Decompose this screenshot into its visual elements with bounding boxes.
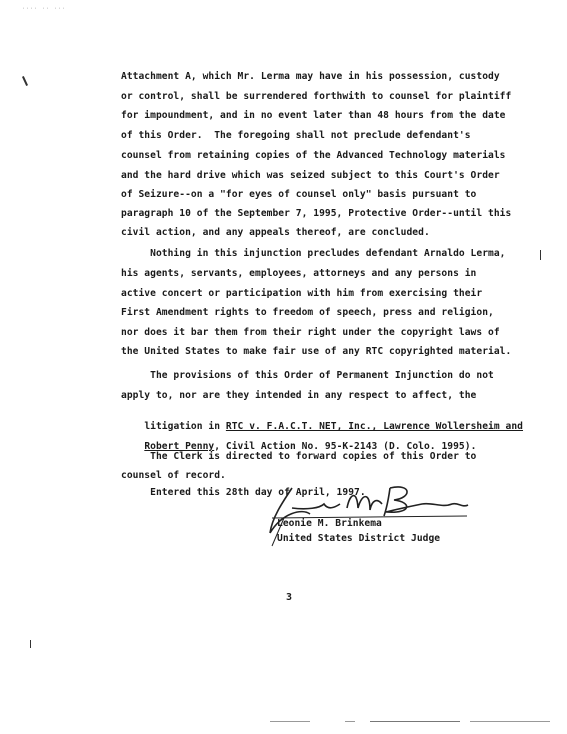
body-line: The provisions of this Order of Permanen… [121,370,494,381]
footer-scan-noise [270,721,560,723]
body-line: of this Order. The foregoing shall not p… [121,130,471,141]
clerk-line-1: The Clerk is directed to forward copies … [121,451,476,462]
body-line: Nothing in this injunction precludes def… [121,248,506,259]
margin-mark [540,250,541,260]
document-page: ···· ·· ··· Attachment A, which Mr. Lerm… [0,0,567,734]
body-line: nor does it bar them from their right un… [121,327,500,338]
signatory-title: United States District Judge [277,533,440,544]
body-line: civil action, and any appeals thereof, a… [121,227,430,238]
body-line: the United States to make fair use of an… [121,346,511,357]
body-line: First Amendment rights to freedom of spe… [121,307,494,318]
body-line: Attachment A, which Mr. Lerma may have i… [121,71,500,82]
body-line: his agents, servants, employees, attorne… [121,268,476,279]
margin-mark [30,640,31,648]
margin-mark [22,76,28,86]
page-number: 3 [286,592,292,603]
clerk-line-2: counsel of record. [121,470,226,481]
body-line: active concert or participation with him… [121,288,482,299]
header-scan-noise: ···· ·· ··· [22,6,66,12]
body-line: apply to, nor are they intended in any r… [121,390,476,401]
body-line: paragraph 10 of the September 7, 1995, P… [121,208,511,219]
body-line: and the hard drive which was seized subj… [121,170,500,181]
body-line: or control, shall be surrendered forthwi… [121,91,511,102]
body-line: of Seizure--on a "for eyes of counsel on… [121,189,476,200]
body-line: for impoundment, and in no event later t… [121,110,506,121]
body-line: counsel from retaining copies of the Adv… [121,150,506,161]
signatory-name: Leonie M. Brinkema [277,518,382,529]
